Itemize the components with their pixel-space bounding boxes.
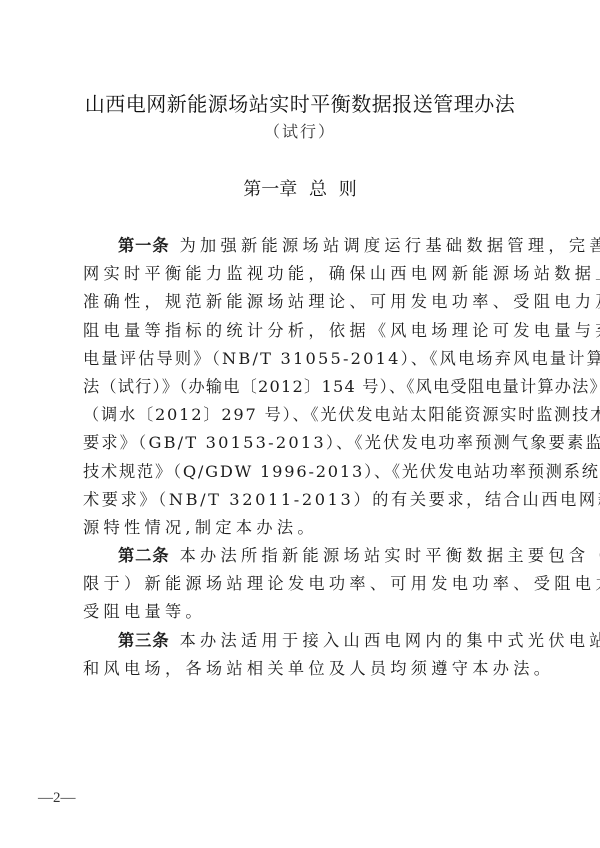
article-2-label: 第二条 — [118, 546, 170, 565]
article-3-line-1: 第三条本办法适用于接入山西电网内的集中式光伏电站 — [83, 627, 523, 655]
document-title: 山西电网新能源场站实时平衡数据报送管理办法 — [0, 88, 600, 117]
article-1-line-1: 第一条为加强新能源场站调度运行基础数据管理，完善电 — [83, 232, 523, 260]
article-1-line: 源特性情况,制定本办法。 — [83, 514, 523, 542]
article-1-line: 电量评估导则》（NB/T 31055-2014）、《风电场弃风电量计算办 — [83, 345, 523, 373]
article-1-line: 准确性，规范新能源场站理论、可用发电功率、受阻电力及受 — [83, 288, 523, 316]
article-1-line: 法（试行）》（办输电〔2012〕154 号）、《风电受阻电量计算办法》 — [83, 373, 523, 401]
article-3-label: 第三条 — [118, 631, 170, 650]
article-1-line: 网实时平衡能力监视功能，确保山西电网新能源场站数据上报 — [83, 260, 523, 288]
page-number: —2— — [38, 790, 76, 807]
article-text: 本办法适用于接入山西电网内的集中式光伏电站 — [180, 631, 600, 650]
article-1-line: 阻电量等指标的统计分析，依据《风电场理论可发电量与弃风 — [83, 317, 523, 345]
article-1-label: 第一条 — [118, 236, 170, 255]
article-1-line: 术要求》（NB/T 32011-2013）的有关要求，结合山西电网新能 — [83, 486, 523, 514]
article-1-line: 技术规范》（Q/GDW 1996-2013）、《光伏发电站功率预测系统技 — [83, 458, 523, 486]
document-body: 第一条为加强新能源场站调度运行基础数据管理，完善电 网实时平衡能力监视功能，确保… — [83, 232, 523, 683]
article-3-line: 和风电场，各场站相关单位及人员均须遵守本办法。 — [83, 655, 523, 683]
chapter-heading: 第一章 总 则 — [0, 175, 600, 201]
article-1-line: 要求》（GB/T 30153-2013）、《光伏发电功率预测气象要素监测 — [83, 429, 523, 457]
article-2-line: 受阻电量等。 — [83, 598, 523, 626]
article-text: 本办法所指新能源场站实时平衡数据主要包含（不 — [180, 546, 600, 565]
article-2-line: 限于）新能源场站理论发电功率、可用发电功率、受阻电力和 — [83, 570, 523, 598]
document-subtitle: （试行） — [0, 119, 600, 142]
article-1-line: （调水〔2012〕297 号）、《光伏发电站太阳能资源实时监测技术 — [83, 401, 523, 429]
article-text: 为加强新能源场站调度运行基础数据管理，完善电 — [180, 236, 600, 255]
article-2-line-1: 第二条本办法所指新能源场站实时平衡数据主要包含（不 — [83, 542, 523, 570]
